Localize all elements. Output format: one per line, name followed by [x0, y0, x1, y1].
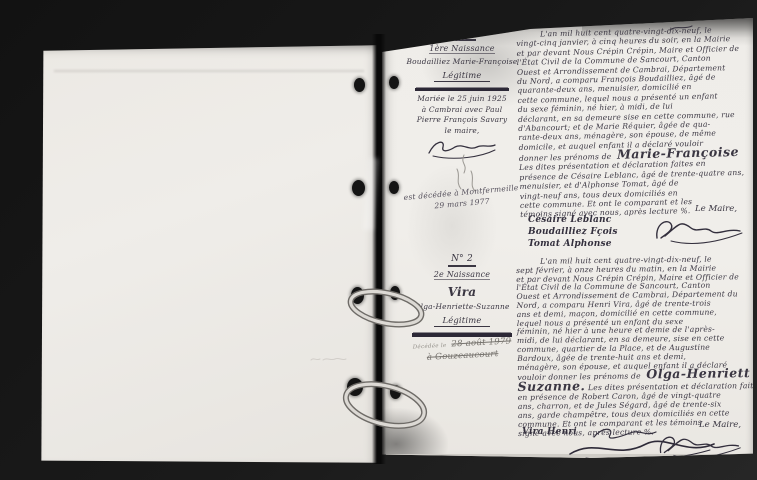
marriage-note-line: à Cambrai avec Paul: [417, 105, 508, 116]
record2-death-note: Décédée le 28 août 1979 à Gouzeaucourt: [412, 336, 512, 363]
record2-act-text: L'an mil huit cent quatre-vingt-dix-neuf…: [516, 255, 756, 438]
faint-pencil-mark: [308, 352, 348, 366]
record1-mayor-label: Le Maire,: [680, 204, 752, 214]
record1-act-lines: L'an mil huit cent quatre-vingt-dix-neuf…: [516, 25, 757, 153]
death-stamp-label: Décédée le: [412, 343, 446, 351]
left-page-blank: [40, 44, 378, 464]
death-date: 28 août 1979: [451, 336, 511, 349]
signature-name: Boudailliez Fçois: [528, 226, 618, 238]
record1-mayor-block: Le Maire,: [680, 204, 752, 250]
signature-name: Césaire Leblanc: [528, 214, 618, 226]
record1-marriage-note: Mariée le 25 juin 1925à Cambrai avec Pau…: [417, 94, 508, 136]
punch-hole: [389, 76, 399, 89]
record1-witness-signatures: Césaire LeblancBoudailliez FçoisTomat Al…: [528, 214, 618, 250]
binder-ring: [332, 374, 438, 436]
record2-act-lines: L'an mil huit cent quatre-vingt-dix-neuf…: [516, 255, 755, 372]
record2-mayor-label: Le Maire,: [688, 420, 752, 430]
binder-ring: [336, 282, 436, 334]
record2-act-number: N° 2: [448, 254, 476, 267]
margin-divider-rule: [415, 88, 509, 91]
record2-entry-type: 2e Naissance: [434, 270, 490, 280]
record1-act-number: N° 1: [448, 28, 476, 41]
page-crease: [54, 70, 365, 72]
record1-filiation: Légitime: [434, 70, 489, 82]
record1-person-name: Boudailliez Marie-Françoise: [407, 57, 518, 66]
record1-margin-annotations: N° 1 1ère Naissance Boudailliez Marie-Fr…: [396, 28, 528, 209]
scanned-register-spread: N° 1 1ère Naissance Boudailliez Marie-Fr…: [0, 0, 757, 480]
record2-mayor-block: Le Maire,: [688, 420, 752, 464]
record2-mayor-signature: [652, 430, 748, 460]
record2-child-name-part1: Olga-Henriett: [646, 366, 750, 382]
record1-act-text: L'an mil huit cent quatre-vingt-dix-neuf…: [516, 25, 757, 220]
record1-entry-type: 1ère Naissance: [429, 44, 494, 54]
punch-hole: [352, 180, 365, 196]
signature-name: Tomat Alphonse: [528, 238, 618, 250]
record2-filiation: Légitime: [434, 315, 489, 327]
marriage-note-line: Pierre François Savary: [417, 115, 508, 126]
punch-hole: [354, 78, 365, 92]
record1-mayor-signature: [650, 214, 748, 246]
punch-hole: [389, 181, 399, 194]
marriage-note-line: Mariée le 25 juin 1925: [417, 94, 508, 105]
record2-person-surname: Vira: [448, 285, 477, 299]
marriage-note-line: le maire,: [417, 126, 508, 137]
